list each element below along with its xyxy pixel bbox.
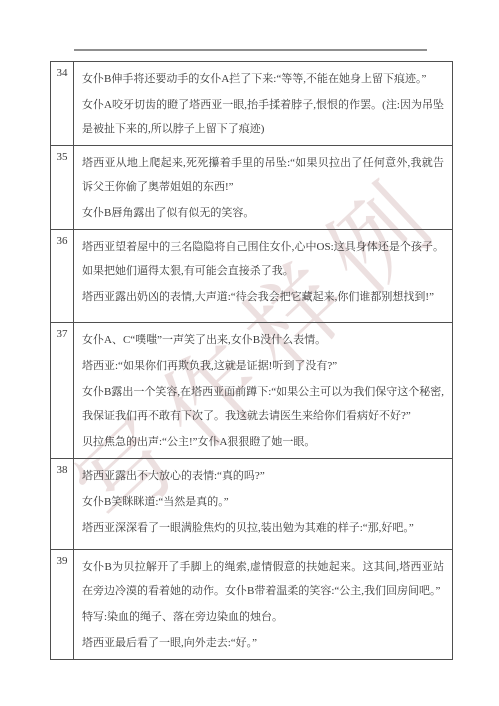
scene-content: 塔西亚从地上爬起来,死死攥着手里的吊坠:“如果贝拉出了任何意外,我就告诉父王你偷…: [74, 146, 453, 230]
table-row: 39 女仆B为贝拉解开了手脚上的绳索,虚情假意的扶她起来。这其间,塔西亚站在旁边…: [51, 550, 453, 660]
script-table: 34 女仆B伸手将还要动手的女仆A拦了下来:“等等,不能在她身上留下痕迹。” 女…: [50, 61, 453, 660]
scene-number: 39: [51, 550, 74, 660]
scene-number: 37: [51, 323, 74, 459]
scene-content: 塔西亚露出不大放心的表情:“真的吗?” 女仆B笑眯眯道:“当然是真的。” 塔西亚…: [74, 459, 453, 550]
scene-content: 女仆B为贝拉解开了手脚上的绳索,虚情假意的扶她起来。这其间,塔西亚站在旁边冷漠的…: [74, 550, 453, 660]
script-paragraph: 塔西亚望着屋中的三名隐隐将自己围住女仆,心中OS:这具身体还是个孩子。如果把她们…: [82, 235, 444, 283]
script-paragraph: 女仆B伸手将还要动手的女仆A拦了下来:“等等,不能在她身上留下痕迹。”: [82, 67, 444, 91]
script-paragraph: 塔西亚最后看了一眼,向外走去:“好。”: [82, 631, 444, 655]
script-paragraph: 塔西亚露出不大放心的表情:“真的吗?”: [82, 464, 444, 488]
scene-content: 塔西亚望着屋中的三名隐隐将自己围住女仆,心中OS:这具身体还是个孩子。如果把她们…: [74, 230, 453, 323]
table-row: 36 塔西亚望着屋中的三名隐隐将自己围住女仆,心中OS:这具身体还是个孩子。如果…: [51, 230, 453, 323]
table-row: 35 塔西亚从地上爬起来,死死攥着手里的吊坠:“如果贝拉出了任何意外,我就告诉父…: [51, 146, 453, 230]
scene-content: 女仆A、C“噗嗤”一声笑了出来,女仆B没什么表情。 塔西亚:“如果你们再欺负我,…: [74, 323, 453, 459]
script-paragraph: 女仆B唇角露出了似有似无的笑容。: [82, 201, 444, 225]
script-paragraph: 贝拉焦急的出声:“公主!”女仆A狠狠瞪了她一眼。: [82, 430, 444, 454]
script-paragraph: 塔西亚:“如果你们再欺负我,这就是证据!听到了没有?”: [82, 354, 444, 378]
script-paragraph: 特写:染血的绳子、落在旁边染血的烛台。: [82, 605, 444, 629]
scene-number: 34: [51, 62, 74, 146]
document-page: 写作样例 34 女仆B伸手将还要动手的女仆A拦了下来:“等等,不能在她身上留下痕…: [0, 0, 499, 706]
script-paragraph: 女仆A、C“噗嗤”一声笑了出来,女仆B没什么表情。: [82, 328, 444, 352]
script-paragraph: 塔西亚深深看了一眼满脸焦灼的贝拉,装出勉为其难的样子:“那,好吧。”: [82, 516, 444, 540]
script-paragraph: 女仆A咬牙切齿的瞪了塔西亚一眼,抬手揉着脖子,恨恨的作罢。(注:因为吊坠是被扯下…: [82, 93, 444, 141]
script-paragraph: 塔西亚从地上爬起来,死死攥着手里的吊坠:“如果贝拉出了任何意外,我就告诉父王你偷…: [82, 151, 444, 199]
scene-number: 38: [51, 459, 74, 550]
script-paragraph: 女仆B露出一个笑容,在塔西亚面前蹲下:“如果公主可以为我们保守这个秘密,我保证我…: [82, 380, 444, 428]
table-row: 37 女仆A、C“噗嗤”一声笑了出来,女仆B没什么表情。 塔西亚:“如果你们再欺…: [51, 323, 453, 459]
scene-number: 36: [51, 230, 74, 323]
table-row: 34 女仆B伸手将还要动手的女仆A拦了下来:“等等,不能在她身上留下痕迹。” 女…: [51, 62, 453, 146]
script-paragraph: 塔西亚露出奶凶的表情,大声道:“待会我会把它藏起来,你们谁都别想找到!”: [82, 285, 444, 309]
scene-content: 女仆B伸手将还要动手的女仆A拦了下来:“等等,不能在她身上留下痕迹。” 女仆A咬…: [74, 62, 453, 146]
scene-number: 35: [51, 146, 74, 230]
script-paragraph: 女仆B笑眯眯道:“当然是真的。”: [82, 490, 444, 514]
header-rule: [74, 49, 427, 51]
table-row: 38 塔西亚露出不大放心的表情:“真的吗?” 女仆B笑眯眯道:“当然是真的。” …: [51, 459, 453, 550]
script-paragraph: 女仆B为贝拉解开了手脚上的绳索,虚情假意的扶她起来。这其间,塔西亚站在旁边冷漠的…: [82, 555, 444, 603]
